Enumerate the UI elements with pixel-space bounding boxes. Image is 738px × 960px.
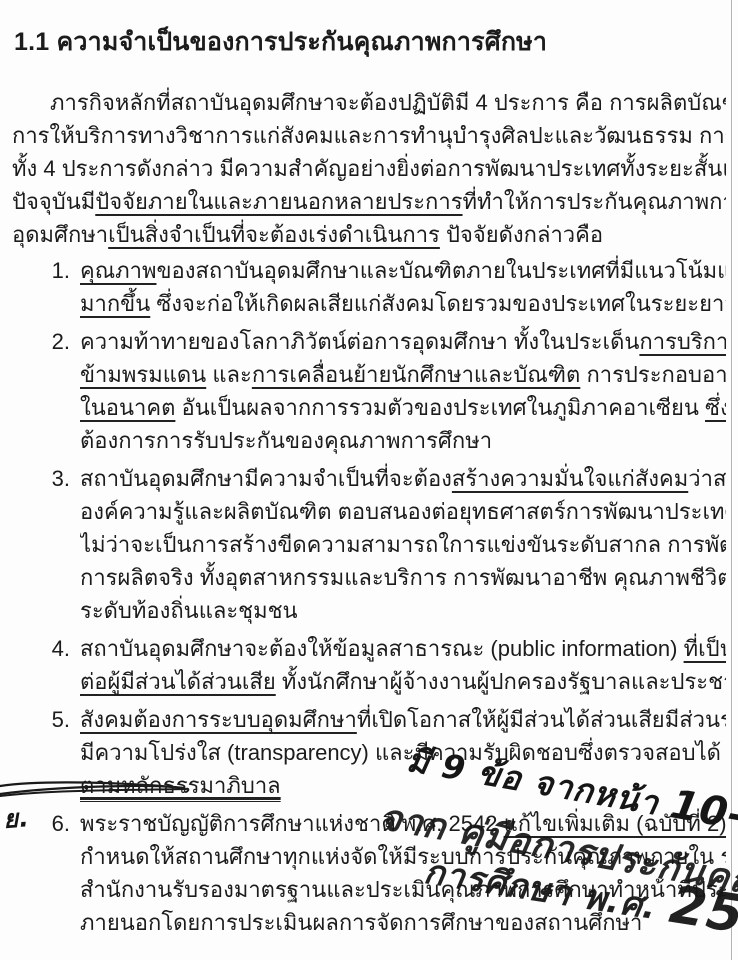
text-segment: ต้องการการรับประกันของคุณภาพการศึกษา bbox=[80, 428, 492, 453]
intro-paragraph: ภารกิจหลักที่สถาบันอุดมศึกษาจะต้องปฏิบัต… bbox=[12, 86, 726, 251]
text-segment: ว่าสามารถพัฒนา bbox=[688, 466, 726, 491]
text-segment: คุณภาพ bbox=[80, 258, 156, 283]
item-number: 6. bbox=[36, 807, 80, 939]
item-body: สังคมต้องการระบบอุดมศึกษาที่เปิดโอกาสให้… bbox=[80, 703, 726, 802]
text-segment: ที่เป็นประโยชน์ bbox=[684, 636, 726, 661]
text-line: ในอนาคต อันเป็นผลจากการรวมตัวของประเทศใน… bbox=[80, 391, 726, 424]
text-segment: และ bbox=[206, 362, 252, 387]
text-segment: ทั้งนักศึกษาผู้จ้างงานผู้ปกครองรัฐบาลและ… bbox=[276, 669, 726, 694]
text-line: สถาบันอุดมศึกษามีความจำเป็นที่จะต้องสร้า… bbox=[80, 462, 726, 495]
text-line: ต่อผู้มีส่วนได้ส่วนเสีย ทั้งนักศึกษาผู้จ… bbox=[80, 665, 726, 698]
text-segment: สถาบันอุดมศึกษาจะต้องให้ข้อมูลสาธารณะ (p… bbox=[80, 636, 684, 661]
text-segment: ที่ทำให้การประกันคุณภาพการศึกษาในระดับ bbox=[463, 189, 726, 214]
text-line: ระดับท้องถิ่นและชุมชน bbox=[80, 594, 726, 627]
scan-edge-line bbox=[731, 0, 732, 960]
text-segment: สังคมต้องการระบบอุดมศึกษา bbox=[80, 707, 357, 732]
text-line: อุดมศึกษาเป็นสิ่งจำเป็นที่จะต้องเร่งดำเน… bbox=[12, 218, 726, 251]
text-line: การให้บริการทางวิชาการแก่สังคมและการทำนุ… bbox=[12, 119, 726, 152]
text-line: ต้องการการรับประกันของคุณภาพการศึกษา bbox=[80, 424, 726, 457]
text-segment: ตามหลักธรรมาภิบาล bbox=[80, 773, 281, 798]
text-segment: อันเป็นผลจากการรวมตัวของประเทศในภูมิภาคอ… bbox=[175, 395, 705, 420]
item-body: พระราชบัญญัติการศึกษาแห่งชาติ พ.ศ. 2542 … bbox=[80, 807, 726, 939]
text-line: ความท้าทายของโลกาภิวัตน์ต่อการอุดมศึกษา … bbox=[80, 325, 726, 358]
item-number: 5. bbox=[36, 703, 80, 802]
text-segment: ความท้าทายของโลกาภิวัตน์ต่อการอุดมศึกษา … bbox=[80, 329, 639, 354]
text-segment: ภายนอกโดยการประเมินผลการจัดการศึกษาของสถ… bbox=[80, 910, 642, 935]
text-line: ทั้ง 4 ประการดังกล่าว มีความสำคัญอย่างยิ… bbox=[12, 152, 726, 185]
text-segment: ที่เปิดโอกาสให้ผู้มีส่วนได้ส่วนเสียมีส่ว… bbox=[357, 707, 726, 732]
list-item: 6. พระราชบัญญัติการศึกษาแห่งชาติ พ.ศ. 25… bbox=[12, 807, 726, 939]
text-segment: กำหนดให้สถานศึกษาทุกแห่งจัดให้มีระบบการป… bbox=[80, 844, 726, 869]
text-line: มีความโปร่งใส (transparency) และมีความรั… bbox=[80, 736, 726, 769]
item-number: 3. bbox=[36, 462, 80, 627]
text-segment: ทั้ง 4 ประการดังกล่าว มีความสำคัญอย่างยิ… bbox=[12, 156, 726, 181]
text-line: ปัจจุบันมีปัจจัยภายในและภายนอกหลายประการ… bbox=[12, 185, 726, 218]
text-segment: ระดับท้องถิ่นและชุมชน bbox=[80, 598, 298, 623]
item-number: 4. bbox=[36, 632, 80, 698]
text-line: คุณภาพของสถาบันอุดมศึกษาและบัณฑิตภายในปร… bbox=[80, 254, 726, 287]
text-segment: สำนักงานรับรองมาตรฐานและประเมินคุณภาพการ… bbox=[80, 877, 726, 902]
section-heading: 1.1 ความจำเป็นของการประกันคุณภาพการศึกษา bbox=[14, 22, 726, 62]
text-line: พระราชบัญญัติการศึกษาแห่งชาติ พ.ศ. 2542 … bbox=[80, 807, 726, 840]
text-line: สถาบันอุดมศึกษาจะต้องให้ข้อมูลสาธารณะ (p… bbox=[80, 632, 726, 665]
text-segment: การเคลื่อนย้ายนักศึกษาและบัณฑิต bbox=[252, 362, 581, 387]
text-segment: ปัจจัยภายในและภายนอกหลายประการ bbox=[95, 189, 462, 214]
text-line: ตามหลักธรรมาภิบาล bbox=[80, 769, 726, 802]
text-segment: องค์ความรู้และผลิตบัณฑิต ตอบสนองต่อยุทธศ… bbox=[80, 499, 726, 524]
text-line: ไม่ว่าจะเป็นการสร้างขีดความสามารถใการแข่… bbox=[80, 528, 726, 561]
text-segment: สถาบันอุดมศึกษามีความจำเป็นที่จะต้อง bbox=[80, 466, 452, 491]
text-segment: ซึ่งทั้ง bbox=[705, 395, 726, 420]
text-line: สำนักงานรับรองมาตรฐานและประเมินคุณภาพการ… bbox=[80, 873, 726, 906]
text-segment: ข้ามพรมแดน bbox=[80, 362, 206, 387]
list-item: 1. คุณภาพของสถาบันอุดมศึกษาและบัณฑิตภายใ… bbox=[12, 254, 726, 320]
text-segment: การให้บริการทางวิชาการแก่สังคมและการทำนุ… bbox=[12, 123, 726, 148]
item-body: ความท้าทายของโลกาภิวัตน์ต่อการอุดมศึกษา … bbox=[80, 325, 726, 457]
text-segment: ปัจจุบันมี bbox=[12, 189, 95, 214]
text-segment: สร้างความมั่นใจแก่สังคม bbox=[452, 466, 688, 491]
text-segment: เป็นสิ่งจำเป็นที่จะต้องเร่งดำเนินการ bbox=[108, 222, 440, 247]
text-segment: พระราชบัญญัติการศึกษาแห่งชาติ พ.ศ. 2542 bbox=[80, 811, 504, 836]
text-segment: แก้ไขเพิ่มเติม (ฉบับที่ 2) พ.ศ. 2545 bbox=[504, 811, 726, 836]
text-line: ภารกิจหลักที่สถาบันอุดมศึกษาจะต้องปฏิบัต… bbox=[12, 86, 726, 119]
numbered-list: 1. คุณภาพของสถาบันอุดมศึกษาและบัณฑิตภายใ… bbox=[12, 254, 726, 939]
list-item: 2. ความท้าทายของโลกาภิวัตน์ต่อการอุดมศึก… bbox=[12, 325, 726, 457]
text-line: มากขึ้น ซึ่งจะก่อให้เกิดผลเสียแก่สังคมโด… bbox=[80, 287, 726, 320]
text-segment: อุดมศึกษา bbox=[12, 222, 108, 247]
text-segment: ซึ่งจะก่อให้เกิดผลเสียแก่สังคมโดยรวมของป… bbox=[150, 291, 726, 316]
item-body: สถาบันอุดมศึกษามีความจำเป็นที่จะต้องสร้า… bbox=[80, 462, 726, 627]
text-segment: ปัจจัยดังกล่าวคือ bbox=[440, 222, 603, 247]
text-segment: มากขึ้น bbox=[80, 291, 150, 316]
text-segment: ในอนาคต bbox=[80, 395, 175, 420]
text-line: องค์ความรู้และผลิตบัณฑิต ตอบสนองต่อยุทธศ… bbox=[80, 495, 726, 528]
item-number: 2. bbox=[36, 325, 80, 457]
text-line: สังคมต้องการระบบอุดมศึกษาที่เปิดโอกาสให้… bbox=[80, 703, 726, 736]
text-segment: การผลิตจริง ทั้งอุตสาหกรรมและบริการ การพ… bbox=[80, 565, 726, 590]
text-segment: ต่อผู้มีส่วนได้ส่วนเสีย bbox=[80, 669, 276, 694]
item-body: คุณภาพของสถาบันอุดมศึกษาและบัณฑิตภายในปร… bbox=[80, 254, 726, 320]
item-number: 1. bbox=[36, 254, 80, 320]
text-line: กำหนดให้สถานศึกษาทุกแห่งจัดให้มีระบบการป… bbox=[80, 840, 726, 873]
text-segment: มีความโปร่งใส (transparency) และมีความรั… bbox=[80, 740, 726, 765]
text-segment: ไม่ว่าจะเป็นการสร้างขีดความสามารถใการแข่… bbox=[80, 532, 726, 557]
text-segment: ภารกิจหลักที่สถาบันอุดมศึกษาจะต้องปฏิบัต… bbox=[50, 90, 726, 115]
text-line: ข้ามพรมแดน และการเคลื่อนย้ายนักศึกษาและบ… bbox=[80, 358, 726, 391]
list-item: 3. สถาบันอุดมศึกษามีความจำเป็นที่จะต้องส… bbox=[12, 462, 726, 627]
list-item: 5. สังคมต้องการระบบอุดมศึกษาที่เปิดโอกาส… bbox=[12, 703, 726, 802]
scanned-document-page: 1.1 ความจำเป็นของการประกันคุณภาพการศึกษา… bbox=[0, 0, 738, 960]
text-segment: ของสถาบันอุดมศึกษาและบัณฑิตภายในประเทศที… bbox=[156, 258, 726, 283]
text-segment: การประกอบอาชีพของ bbox=[580, 362, 726, 387]
text-line: ภายนอกโดยการประเมินผลการจัดการศึกษาของสถ… bbox=[80, 906, 726, 939]
text-segment: การบริการการศึกษา bbox=[639, 329, 726, 354]
text-line: การผลิตจริง ทั้งอุตสาหกรรมและบริการ การพ… bbox=[80, 561, 726, 594]
list-item: 4. สถาบันอุดมศึกษาจะต้องให้ข้อมูลสาธารณะ… bbox=[12, 632, 726, 698]
item-body: สถาบันอุดมศึกษาจะต้องให้ข้อมูลสาธารณะ (p… bbox=[80, 632, 726, 698]
